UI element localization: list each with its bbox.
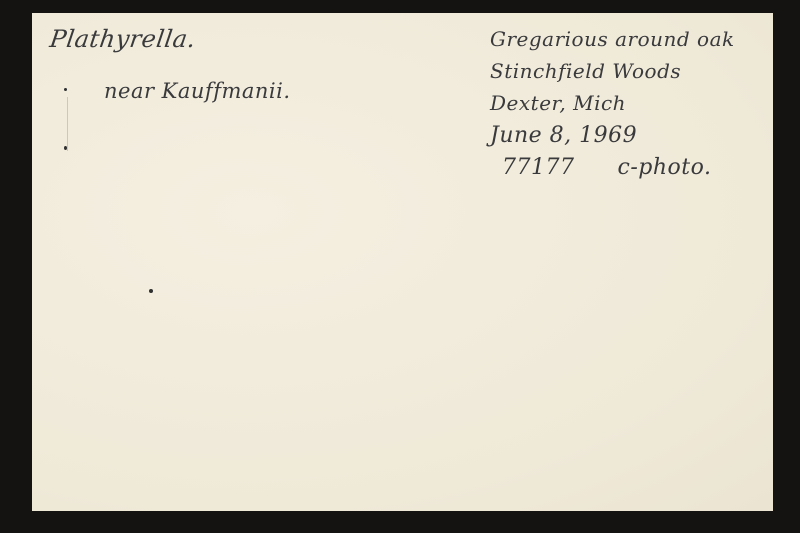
habitat-note: Gregarious around oak [490, 27, 735, 51]
photo-note: c-photo. [618, 155, 712, 180]
specimen-number-photo: 77177 c-photo. [502, 155, 711, 180]
genus-label: Plathyrella. [48, 25, 198, 53]
species-note: near Kauffmanii. [104, 79, 291, 103]
staple-mark [67, 97, 68, 151]
location-note: Stinchfield Woods [490, 59, 681, 83]
collection-date: June 8, 1969 [490, 123, 637, 148]
ink-dot [149, 289, 153, 293]
pin-hole [64, 88, 67, 91]
specimen-number: 77177 [502, 155, 575, 180]
pin-hole [64, 146, 67, 150]
specimen-card: Plathyrella. near Kauffmanii. Gregarious… [32, 13, 773, 511]
town-note: Dexter, Mich [490, 91, 626, 115]
